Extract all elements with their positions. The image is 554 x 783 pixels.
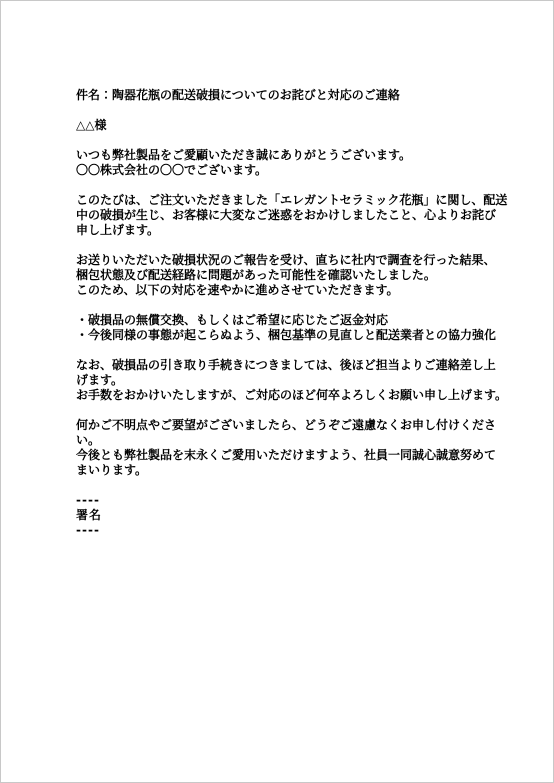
paragraph-line: 申し上げます。 [76,223,521,238]
subject-block: 件名：陶器花瓶の配送破損についてのお詫びと対応のご連絡 [76,88,521,103]
paragraph-line: 梱包状態及び配送経路に問題があった可能性を確認いたしました。 [76,268,521,283]
bullet-item: ・今後同様の事態が起こらぬよう、梱包基準の見直しと配送業者との協力強化 [76,328,521,343]
document-page: 件名：陶器花瓶の配送破損についてのお詫びと対応のご連絡 △△様 いつも弊社製品を… [0,0,554,783]
paragraph-line: 〇〇株式会社の〇〇でございます。 [76,163,521,178]
paragraph-apology: このたびは、ご注文いただきました「エレガントセラミック花瓶」に関し、配送 中の破… [76,193,521,238]
recipient-name: △△様 [76,118,521,133]
paragraph-line: 今後とも弊社製品を末永くご愛用いただけますよう、社員一同誠心誠意努めて [76,448,521,463]
paragraph-line: まいります。 [76,463,521,478]
signature-separator-top: ---- [76,493,521,508]
paragraph-line: 中の破損が生じ、お客様に大変なご迷惑をおかけしましたこと、心よりお詫び [76,208,521,223]
paragraph-line: このたびは、ご注文いただきました「エレガントセラミック花瓶」に関し、配送 [76,193,521,208]
paragraph-line: げます。 [76,373,521,388]
paragraph-line: お送りいただいた破損状況のご報告を受け、直ちに社内で調査を行った結果、 [76,253,521,268]
signature-separator-bottom: ---- [76,523,521,538]
signature-label: 署名 [76,508,521,523]
paragraph-pickup-procedure: なお、破損品の引き取り手続きにつきましては、後ほど担当よりご連絡差し上 げます。… [76,358,521,403]
paragraph-greeting: いつも弊社製品をご愛顧いただき誠にありがとうございます。 〇〇株式会社の〇〇でご… [76,148,521,178]
letter-body: 件名：陶器花瓶の配送破損についてのお詫びと対応のご連絡 △△様 いつも弊社製品を… [76,88,521,538]
paragraph-line: いつも弊社製品をご愛顧いただき誠にありがとうございます。 [76,148,521,163]
paragraph-line: このため、以下の対応を速やかに進めさせていただきます。 [76,283,521,298]
paragraph-action-items: ・破損品の無償交換、もしくはご希望に応じたご返金対応 ・今後同様の事態が起こらぬ… [76,313,521,343]
paragraph-line: い。 [76,433,521,448]
paragraph-closing: 何かご不明点やご要望がございましたら、どうぞご遠慮なくお申し付けくださ い。 今… [76,418,521,478]
paragraph-line: 何かご不明点やご要望がございましたら、どうぞご遠慮なくお申し付けくださ [76,418,521,433]
subject-line: 件名：陶器花瓶の配送破損についてのお詫びと対応のご連絡 [76,88,521,103]
recipient-block: △△様 [76,118,521,133]
paragraph-investigation: お送りいただいた破損状況のご報告を受け、直ちに社内で調査を行った結果、 梱包状態… [76,253,521,298]
paragraph-line: なお、破損品の引き取り手続きにつきましては、後ほど担当よりご連絡差し上 [76,358,521,373]
paragraph-line: お手数をおかけいたしますが、ご対応のほど何卒よろしくお願い申し上げます。 [76,388,521,403]
bullet-item: ・破損品の無償交換、もしくはご希望に応じたご返金対応 [76,313,521,328]
signature-block: ---- 署名 ---- [76,493,521,538]
